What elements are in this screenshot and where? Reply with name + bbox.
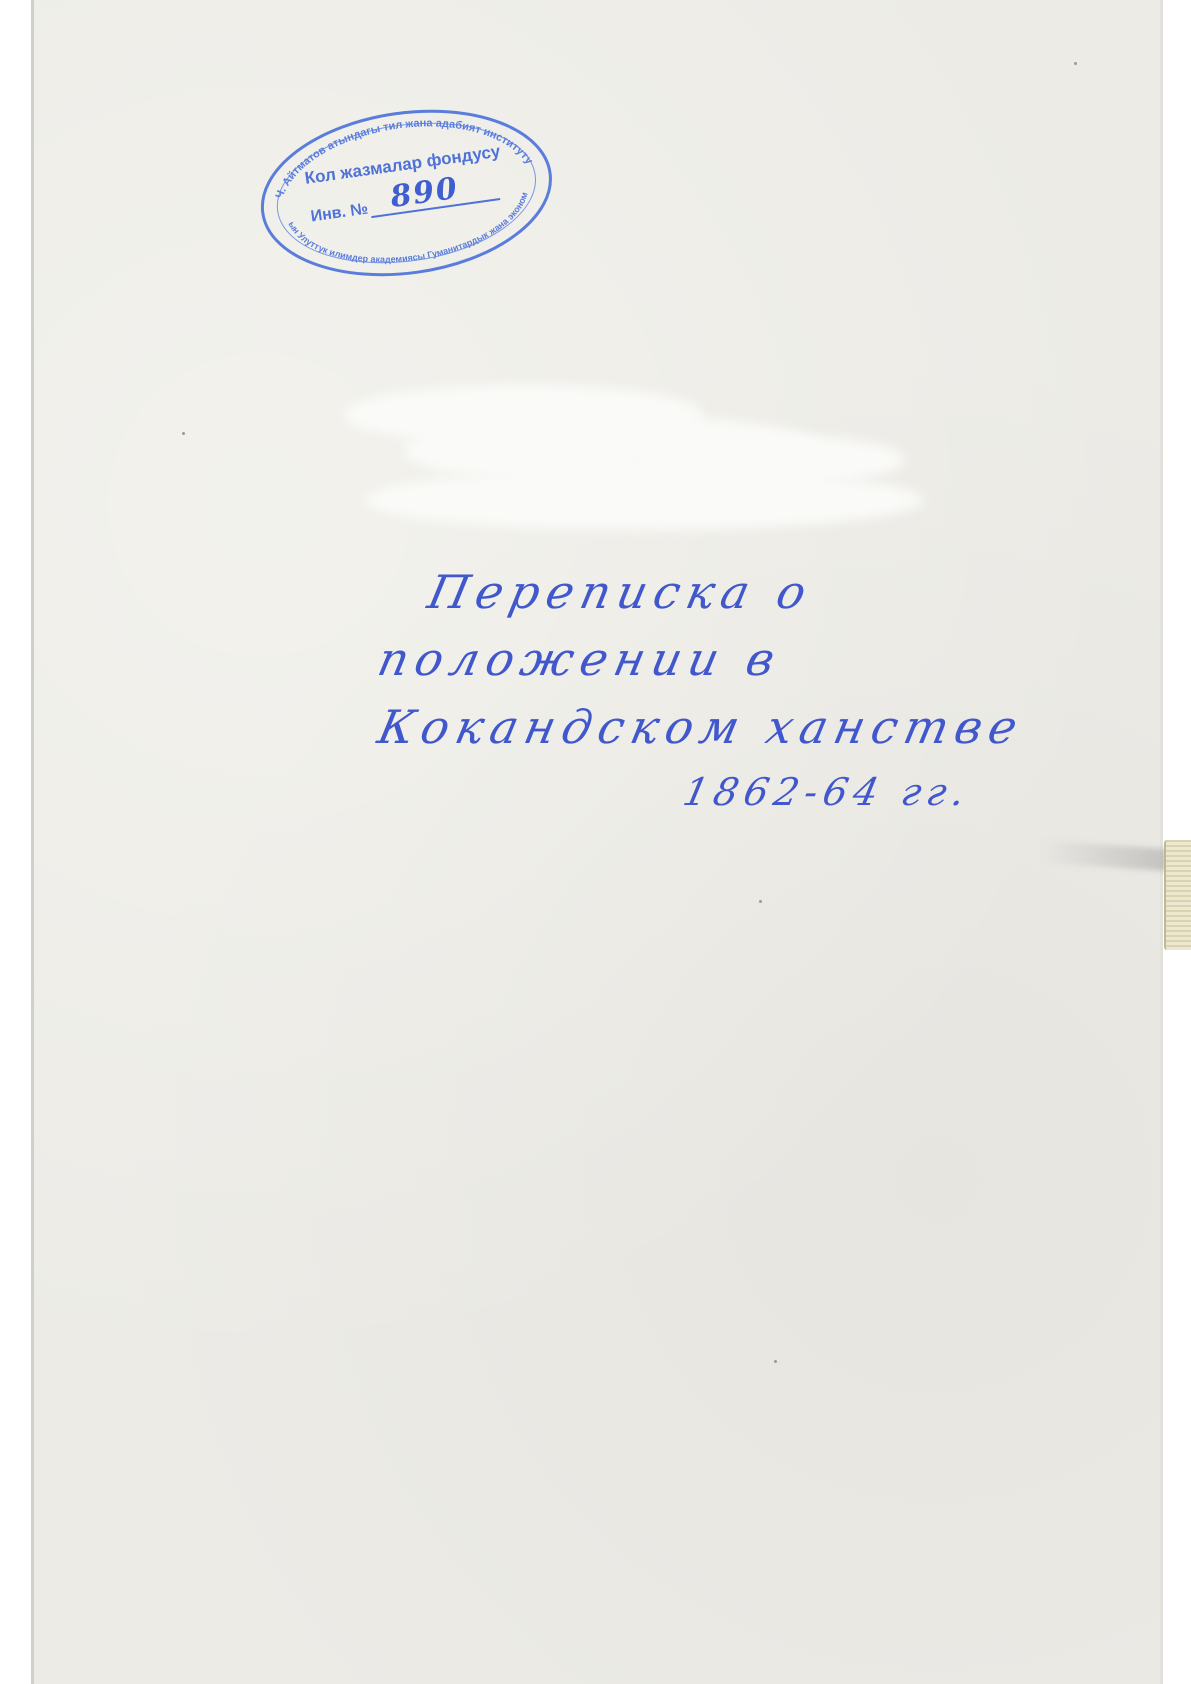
binding-ribbon-icon — [1164, 840, 1191, 950]
ribbon-shadow — [1038, 840, 1179, 872]
archive-stamp: Ч. Айтматов атындагы тил жана адабият ин… — [246, 85, 567, 295]
paper-speck — [182, 432, 185, 435]
page-edge — [1160, 0, 1163, 1684]
paper-speck — [1074, 62, 1077, 65]
paper-speck — [774, 1360, 777, 1363]
handwritten-date: 1862-64 гг. — [679, 770, 975, 814]
paper-speck — [759, 900, 762, 903]
document-cover-page: Ч. Айтматов атындагы тил жана адабият ин… — [31, 0, 1163, 1684]
erased-text-area — [344, 375, 934, 545]
handwritten-title-line-2: положении в — [373, 632, 786, 686]
handwritten-title-line-1: Переписка о — [423, 565, 818, 619]
handwritten-title-line-3: Кокандском ханстве — [373, 700, 1029, 754]
